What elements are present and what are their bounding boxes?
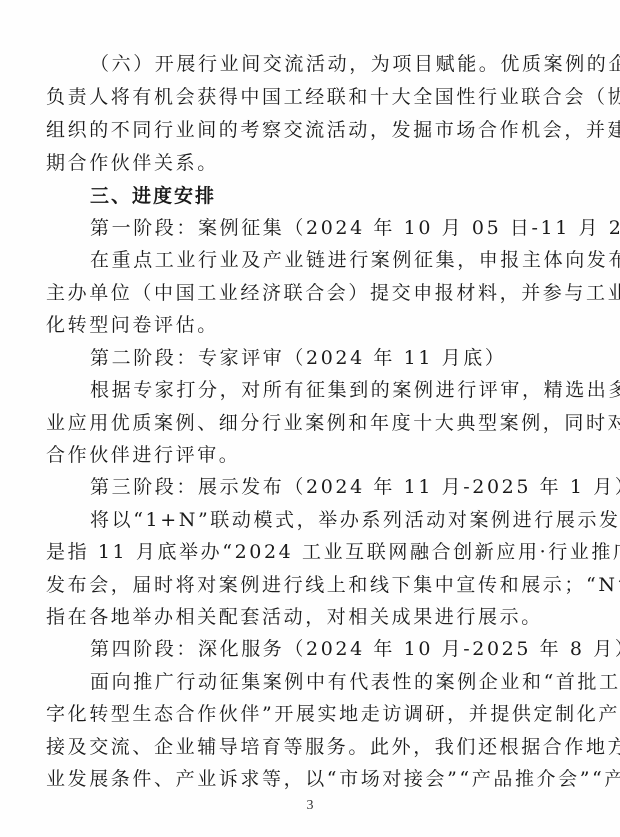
stage-three-title: 第三阶段：展示发布（2024 年 11 月-2025 年 1 月） xyxy=(90,471,578,503)
stage-four-text-line-1: 面向推广行动征集案例中有代表性的案例企业和“首批工业数 xyxy=(90,666,578,698)
stage-three-text-line-4: 指在各地举办相关配套活动，对相关成果进行展示。 xyxy=(46,601,578,633)
stage-one-title: 第一阶段：案例征集（2024 年 10 月 05 日-11 月 20 日） xyxy=(90,212,578,244)
stage-two-text-line-2: 业应用优质案例、细分行业案例和年度十大典型案例，同时对生态 xyxy=(46,407,578,439)
stage-two-title: 第二阶段：专家评审（2024 年 11 月底） xyxy=(90,342,578,374)
stage-four-title: 第四阶段：深化服务（2024 年 10 月-2025 年 8 月） xyxy=(90,633,578,665)
stage-one-text-line-2: 主办单位（中国工业经济联合会）提交申报材料，并参与工业数字 xyxy=(46,277,578,309)
paragraph-six-line-2: 负责人将有机会获得中国工经联和十大全国性行业联合会（协会） xyxy=(46,81,578,113)
page-number: 3 xyxy=(0,798,620,814)
paragraph-six-line-3: 组织的不同行业间的考察交流活动，发掘市场合作机会，并建立长 xyxy=(46,114,578,146)
stage-two-text-line-1: 根据专家打分，对所有征集到的案例进行评审，精选出多个行 xyxy=(90,374,578,406)
document-page: （六）开展行业间交流活动，为项目赋能。优质案例的企业和 负责人将有机会获得中国工… xyxy=(0,0,620,837)
section-heading-schedule: 三、进度安排 xyxy=(90,180,578,212)
stage-four-text-line-4: 业发展条件、产业诉求等，以“市场对接会”“产品推介会”“产 xyxy=(46,763,578,795)
paragraph-six-line-1: （六）开展行业间交流活动，为项目赋能。优质案例的企业和 xyxy=(90,48,578,80)
stage-one-text-line-1: 在重点工业行业及产业链进行案例征集，申报主体向发布活动 xyxy=(90,244,578,276)
stage-one-text-line-3: 化转型问卷评估。 xyxy=(46,309,578,341)
stage-three-text-line-1: 将以“1+N”联动模式，举办系列活动对案例进行展示发布。1 xyxy=(90,504,578,536)
stage-two-text-line-3: 合作伙伴进行评审。 xyxy=(46,439,578,471)
stage-three-text-line-3: 发布会，届时将对案例进行线上和线下集中宣传和展示；“N”是 xyxy=(46,569,578,601)
stage-four-text-line-2: 字化转型生态合作伙伴”开展实地走访调研，并提供定制化产业对 xyxy=(46,698,578,730)
stage-four-text-line-3: 接及交流、企业辅导培育等服务。此外，我们还根据合作地方的产 xyxy=(46,731,578,763)
paragraph-six-line-4: 期合作伙伴关系。 xyxy=(46,147,578,179)
stage-three-text-line-2: 是指 11 月底举办“2024 工业互联网融合创新应用·行业推广行动” xyxy=(46,536,578,568)
